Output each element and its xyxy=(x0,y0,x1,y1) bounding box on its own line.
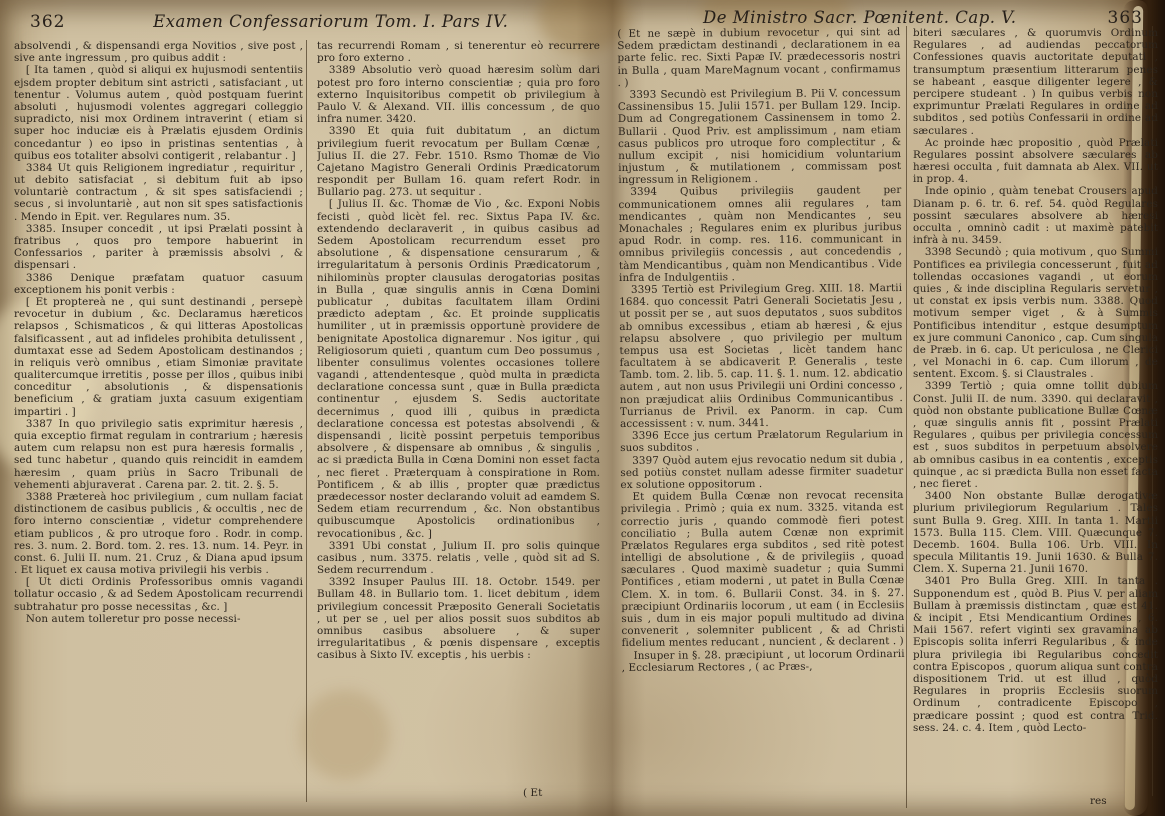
right-page-column-1: ( Et ne sæpè in dubium revocetur , qui s… xyxy=(617,26,905,808)
paragraph: 3389 Absolutio verò quoad hæresim solùm … xyxy=(317,64,600,125)
paragraph: 3388 Prætereà hoc privilegium , cum null… xyxy=(14,491,303,576)
right-page-number: 363 xyxy=(1108,8,1143,28)
column-divider xyxy=(306,40,307,802)
paragraph: biteri sæculares , & quorumvis Ordinum R… xyxy=(913,27,1158,137)
column-divider xyxy=(906,26,907,808)
paragraph: [ Ut dicti Ordinis Professoribus omnis v… xyxy=(14,576,303,613)
paragraph: Inde opinio , quàm tenebat Crousers apud… xyxy=(913,185,1158,246)
left-page-column-1: absolvendi , & dispensandi erga Novitios… xyxy=(14,40,303,803)
book-scan-photo: 362 Examen Confessariorum Tom. I. Pars I… xyxy=(0,0,1165,816)
paragraph: Et quidem Bulla Cœnæ non revocat recensi… xyxy=(621,489,905,649)
paragraph: 3384 Ut quis Religionem ingrediatur , re… xyxy=(14,162,303,223)
paragraph: 3387 In quo privilegio satis exprimitur … xyxy=(14,418,303,491)
paragraph: Insuper in §. 28. præcipiunt , ut locoru… xyxy=(622,648,905,674)
right-page-column-2: biteri sæculares , & quorumvis Ordinum R… xyxy=(913,27,1158,807)
paragraph: 3395 Tertiò est Privilegium Greg. XIII. … xyxy=(619,282,903,430)
paragraph: 3394 Quibus privilegiis gaudent per comm… xyxy=(618,184,902,283)
paragraph: Non autem tolleretur pro posse necessi- xyxy=(14,613,303,625)
paragraph: 3397 Quòd autem ejus revocatio nedum sit… xyxy=(620,453,903,492)
left-running-title: Examen Confessariorum Tom. I. Pars IV. xyxy=(65,12,596,31)
paragraph: 3391 Ubi constat , Julium II. pro solis … xyxy=(317,540,600,577)
left-page-header: 362 Examen Confessariorum Tom. I. Pars I… xyxy=(10,12,596,32)
right-page-header: De Ministro Sacr. Pœnitent. Cap. V. 363 xyxy=(612,8,1157,28)
paragraph: 3400 Non obstante Bullæ derogativæ pluri… xyxy=(913,490,1158,575)
paragraph: tas recurrendi Romam , si tenerentur eò … xyxy=(317,40,600,64)
paragraph: ( Et ne sæpè in dubium revocetur , qui s… xyxy=(617,26,900,89)
paragraph: 3392 Insuper Paulus III. 18. Octobr. 154… xyxy=(317,576,600,661)
left-page-catchword: ( Et xyxy=(523,787,542,799)
paragraph: [ Et proptereà ne , qui sunt destinandi … xyxy=(14,296,303,418)
right-running-title: De Ministro Sacr. Pœnitent. Cap. V. xyxy=(612,8,1108,27)
paragraph: 3390 Et quia fuit dubitatum , an dictum … xyxy=(317,125,600,198)
paragraph: 3399 Tertiò ; quia omne tollit dubium Co… xyxy=(913,380,1158,490)
paragraph: absolvendi , & dispensandi erga Novitios… xyxy=(14,40,303,64)
right-page-catchword: res xyxy=(1090,795,1107,807)
paragraph: 3398 Secundò ; quia motivum , quo Summi … xyxy=(913,246,1158,380)
paragraph: 3401 Pro Bulla Greg. XIII. In tanta . Su… xyxy=(913,575,1158,733)
paragraph: 3393 Secundò est Privilegium B. Pii V. c… xyxy=(618,87,902,186)
paragraph: Ac proinde hæc propositio , quòd Prælati… xyxy=(913,137,1158,186)
paragraph: [ Julius II. &c. Thomæ de Vio , &c. Expo… xyxy=(317,198,600,539)
paragraph: 3396 Ecce jus certum Prælatorum Regulari… xyxy=(620,428,903,454)
paragraph: 3385. Insuper concedit , ut ipsi Prælati… xyxy=(14,223,303,272)
paragraph: [ Ita tamen , quòd si aliqui ex hujusmod… xyxy=(14,64,303,162)
left-page-column-2: tas recurrendi Romam , si tenerentur eò … xyxy=(317,40,600,803)
paragraph: 3386 Denique præfatam quatuor casuum exc… xyxy=(14,272,303,296)
left-page-number: 362 xyxy=(30,12,65,32)
